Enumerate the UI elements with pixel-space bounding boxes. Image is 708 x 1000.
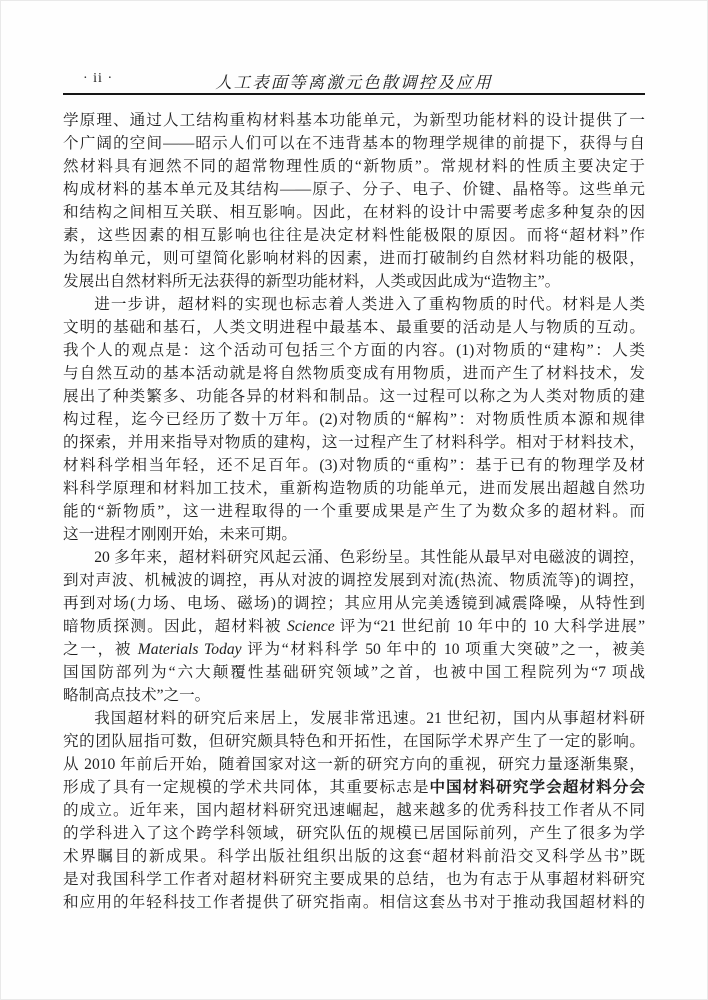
text-run: 展出了种类繁多、功能各异的材料和制品。这一过程可以称之为人类对物质的建	[63, 388, 645, 405]
italic-text-run: Science	[287, 618, 335, 635]
text-line: 料科学原理和材料加工技术，重新构造物质的功能单元，进而发展出超越自然功	[63, 477, 645, 500]
text-line: 和结构之间相互关联、相互影响。因此，在材料的设计中需要考虑多种复杂的因	[63, 201, 645, 224]
text-line: 国国防部列为“六大颠覆性基础研究领域”之首，也被中国工程院列为“7 项战	[63, 661, 645, 684]
document-body: 学原理、通过人工结构重构材料基本功能单元，为新型功能材料的设计提供了一个广阔的空…	[63, 109, 645, 914]
text-run: 是对我国科学工作者对超材料研究主要成果的总结，也为有志于从事超材料研究	[63, 871, 645, 888]
text-run: 评为“21 世纪前 10 年中的 10 大科学进展”	[335, 618, 645, 635]
text-run: 素，这些因素的相互影响也往往是决定材料性能极限的原因。而将“超材料”作	[63, 227, 645, 244]
text-run: 发展出自然材料所无法获得的新型功能材料，人类或因此成为“造物主”。	[63, 273, 560, 290]
text-run: 我国超材料的研究后来居上，发展非常迅速。21 世纪初，国内从事超材料研	[94, 710, 645, 727]
paragraph: 我国超材料的研究后来居上，发展非常迅速。21 世纪初，国内从事超材料研究的团队屈…	[63, 707, 645, 914]
text-run: 到对声波、机械波的调控，再从对波的调控发展到对流(热流、物质流等)的调控，	[63, 572, 645, 589]
text-run: 这一进程才刚刚开始，未来可期。	[63, 526, 297, 543]
text-run: 学原理、通过人工结构重构材料基本功能单元，为新型功能材料的设计提供了一	[63, 112, 645, 129]
text-run: 与自然互动的基本活动就是将自然物质变成有用物质，进而产生了材料技术，发	[63, 365, 645, 382]
text-line: 构成材料的基本单元及其结构——原子、分子、电子、价键、晶格等。这些单元	[63, 178, 645, 201]
running-title: 人工表面等离激元色散调控及应用	[63, 69, 645, 93]
text-line: 材料科学相当年轻，还不足百年。(3)对物质的“重构”：基于已有的物理学及材	[63, 454, 645, 477]
text-run: 究的团队屈指可数，但研究颇具特色和开拓性，在国际学术界产生了一定的影响。	[63, 733, 645, 750]
text-run: 暗物质探测。因此，超材料被	[63, 618, 287, 635]
text-line: 的学科进入了这个跨学科领域，研究队伍的规模已居国际前列，产生了很多为学	[63, 822, 645, 845]
text-line: 是对我国科学工作者对超材料研究主要成果的总结，也为有志于从事超材料研究	[63, 868, 645, 891]
text-run: 进一步讲，超材料的实现也标志着人类进入了重构物质的时代。材料是人类	[94, 296, 645, 313]
text-run: 国国防部列为“六大颠覆性基础研究领域”之首，也被中国工程院列为“7 项战	[63, 664, 645, 681]
text-line: 构过程，迄今已经历了数十万年。(2)对物质的“解构”：对物质性质本源和规律	[63, 408, 645, 431]
text-line: 的成立。近年来，国内超材料研究迅速崛起，越来越多的优秀科技工作者从不同	[63, 799, 645, 822]
text-line: 20 多年来，超材料研究风起云涌、色彩纷呈。其性能从最早对电磁波的调控，	[63, 546, 645, 569]
text-line: 的探索，并用来指导对物质的建构，这一过程产生了材料科学。相对于材料技术，	[63, 431, 645, 454]
paragraph: 进一步讲，超材料的实现也标志着人类进入了重构物质的时代。材料是人类文明的基础和基…	[63, 293, 645, 546]
text-line: 我国超材料的研究后来居上，发展非常迅速。21 世纪初，国内从事超材料研	[63, 707, 645, 730]
text-line: 发展出自然材料所无法获得的新型功能材料，人类或因此成为“造物主”。	[63, 270, 645, 293]
paragraph: 20 多年来，超材料研究风起云涌、色彩纷呈。其性能从最早对电磁波的调控，到对声波…	[63, 546, 645, 707]
text-run: 和应用的年轻科技工作者提供了研究指南。相信这套丛书对于推动我国超材料的	[63, 894, 645, 911]
text-run: 术界瞩目的新成果。科学出版社组织出版的这套“超材料前沿交叉科学丛书”既	[63, 848, 645, 865]
text-run: 评为“材料科学 50 年中的 10 项重大突破”之一，被美	[242, 641, 645, 658]
text-line: 进一步讲，超材料的实现也标志着人类进入了重构物质的时代。材料是人类	[63, 293, 645, 316]
text-line: 个广阔的空间——昭示人们可以在不违背基本的物理学规律的前提下，获得与自	[63, 132, 645, 155]
text-run: 的学科进入了这个跨学科领域，研究队伍的规模已居国际前列，产生了很多为学	[63, 825, 645, 842]
text-run: 然材料具有迥然不同的超常物理性质的“新物质”。常规材料的性质主要决定于	[63, 158, 645, 175]
text-line: 暗物质探测。因此，超材料被 Science 评为“21 世纪前 10 年中的 1…	[63, 615, 645, 638]
text-line: 从 2010 年前后开始，随着国家对这一新的研究方向的重视，研究力量逐渐集聚，	[63, 753, 645, 776]
header-rule	[63, 93, 645, 95]
text-line: 略制高点技术”之一。	[63, 684, 645, 707]
paragraph: 学原理、通过人工结构重构材料基本功能单元，为新型功能材料的设计提供了一个广阔的空…	[63, 109, 645, 293]
text-run: 能的“新物质”，这一进程取得的一个重要成果是产生了为数众多的超材料。而	[63, 503, 645, 520]
bold-text-run: 中国材料研究学会超材料分会	[429, 779, 645, 796]
text-run: 20 多年来，超材料研究风起云涌、色彩纷呈。其性能从最早对电磁波的调控，	[94, 549, 645, 566]
page-header: · ii · 人工表面等离激元色散调控及应用	[63, 69, 645, 89]
text-run: 料科学原理和材料加工技术，重新构造物质的功能单元，进而发展出超越自然功	[63, 480, 645, 497]
text-run: 个广阔的空间——昭示人们可以在不违背基本的物理学规律的前提下，获得与自	[63, 135, 645, 152]
text-run: 和结构之间相互关联、相互影响。因此，在材料的设计中需要考虑多种复杂的因	[63, 204, 645, 221]
text-line: 文明的基础和基石，人类文明进程中最基本、最重要的活动是人与物质的互动。	[63, 316, 645, 339]
text-line: 术界瞩目的新成果。科学出版社组织出版的这套“超材料前沿交叉科学丛书”既	[63, 845, 645, 868]
text-run: 的探索，并用来指导对物质的建构，这一过程产生了材料科学。相对于材料技术，	[63, 434, 645, 451]
text-line: 素，这些因素的相互影响也往往是决定材料性能极限的原因。而将“超材料”作	[63, 224, 645, 247]
text-run: 的成立。近年来，国内超材料研究迅速崛起，越来越多的优秀科技工作者从不同	[63, 802, 645, 819]
text-line: 为结构单元，则可望简化影响材料的因素，进而打破制约自然材料功能的极限，	[63, 247, 645, 270]
text-run: 构过程，迄今已经历了数十万年。(2)对物质的“解构”：对物质性质本源和规律	[63, 411, 645, 428]
text-line: 再到对场(力场、电场、磁场)的调控；其应用从完美透镜到减震降噪，从特性到	[63, 592, 645, 615]
text-line: 到对声波、机械波的调控，再从对波的调控发展到对流(热流、物质流等)的调控，	[63, 569, 645, 592]
text-run: 从 2010 年前后开始，随着国家对这一新的研究方向的重视，研究力量逐渐集聚，	[63, 756, 645, 773]
text-run: 文明的基础和基石，人类文明进程中最基本、最重要的活动是人与物质的互动。	[63, 319, 645, 336]
text-line: 然材料具有迥然不同的超常物理性质的“新物质”。常规材料的性质主要决定于	[63, 155, 645, 178]
text-line: 学原理、通过人工结构重构材料基本功能单元，为新型功能材料的设计提供了一	[63, 109, 645, 132]
text-run: 略制高点技术”之一。	[63, 687, 210, 704]
text-line: 与自然互动的基本活动就是将自然物质变成有用物质，进而产生了材料技术，发	[63, 362, 645, 385]
text-run: 构成材料的基本单元及其结构——原子、分子、电子、价键、晶格等。这些单元	[63, 181, 645, 198]
text-run: 我个人的观点是：这个活动可包括三个方面的内容。(1)对物质的“建构”：人类	[63, 342, 645, 359]
text-run: 再到对场(力场、电场、磁场)的调控；其应用从完美透镜到减震降噪，从特性到	[63, 595, 645, 612]
text-line: 我个人的观点是：这个活动可包括三个方面的内容。(1)对物质的“建构”：人类	[63, 339, 645, 362]
italic-text-run: Materials Today	[138, 641, 242, 658]
text-line: 形成了具有一定规模的学术共同体，其重要标志是中国材料研究学会超材料分会	[63, 776, 645, 799]
text-run: 材料科学相当年轻，还不足百年。(3)对物质的“重构”：基于已有的物理学及材	[63, 457, 645, 474]
text-line: 究的团队屈指可数，但研究颇具特色和开拓性，在国际学术界产生了一定的影响。	[63, 730, 645, 753]
text-line: 这一进程才刚刚开始，未来可期。	[63, 523, 645, 546]
book-page: · ii · 人工表面等离激元色散调控及应用 学原理、通过人工结构重构材料基本功…	[0, 0, 708, 1000]
text-line: 和应用的年轻科技工作者提供了研究指南。相信这套丛书对于推动我国超材料的	[63, 891, 645, 914]
text-run: 形成了具有一定规模的学术共同体，其重要标志是	[63, 779, 429, 796]
text-run: 之一，被	[63, 641, 138, 658]
text-line: 能的“新物质”，这一进程取得的一个重要成果是产生了为数众多的超材料。而	[63, 500, 645, 523]
text-run: 为结构单元，则可望简化影响材料的因素，进而打破制约自然材料功能的极限，	[63, 250, 645, 267]
text-line: 展出了种类繁多、功能各异的材料和制品。这一过程可以称之为人类对物质的建	[63, 385, 645, 408]
text-line: 之一，被 Materials Today 评为“材料科学 50 年中的 10 项…	[63, 638, 645, 661]
